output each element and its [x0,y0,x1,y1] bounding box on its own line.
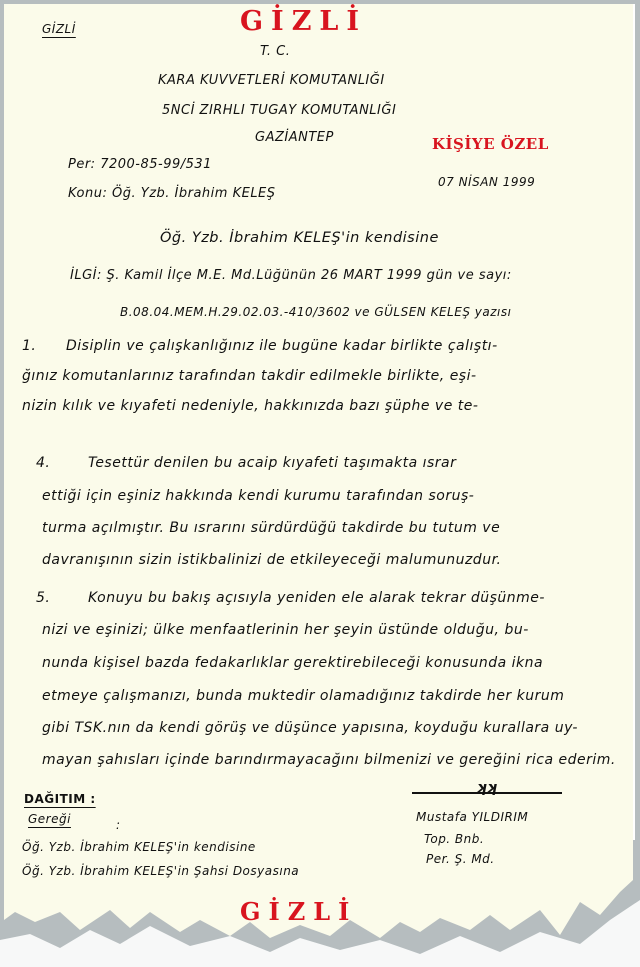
signatory-position: Per. Ş. Md. [426,852,495,866]
paragraph-1-line: nizin kılık ve kıyafeti nedeniyle, hakkı… [22,398,478,414]
paragraph-5-number: 5. [36,590,50,606]
personal-stamp: KİŞİYE ÖZEL [432,135,549,153]
classification-stamp-top: GİZLİ [240,6,367,37]
recipient-line: Öğ. Yzb. İbrahim KELEŞ'in kendisine [160,230,439,246]
reference-line-1: İLGİ: Ş. Kamil İlçe M.E. Md.Lüğünün 26 M… [70,268,512,283]
paragraph-1-line: ğınız komutanlarınız tarafından takdir e… [22,368,477,384]
paragraph-5-line: etmeye çalışmanızı, bunda muktedir olama… [42,688,564,704]
city: GAZİANTEP [255,130,334,145]
classification-stamp-bottom: GİZLİ [240,897,357,926]
classification-handwritten: GİZLİ [42,22,76,36]
paragraph-5-line: gibi TSK.nın da kendi görüş ve düşünce y… [42,720,578,736]
paragraph-4-line: turma açılmıştır. Bu ısrarını sürdürdüğü… [42,520,500,536]
signatory-rank: Top. Bnb. [424,832,484,846]
distribution-item: Öğ. Yzb. İbrahim KELEŞ'in kendisine [22,840,256,854]
state-abbr: T. C. [260,44,290,59]
subject-line: Konu: Öğ. Yzb. İbrahim KELEŞ [68,186,276,201]
paragraph-4-line: davranışının sizin istikbalinizi de etki… [42,552,501,568]
paragraph-1-number: 1. [22,338,36,354]
signatory-name: Mustafa YILDIRIM [416,810,528,824]
reference-line-2: B.08.04.MEM.H.29.02.03.-410/3602 ve GÜLS… [120,305,511,319]
reference-number: Per: 7200-85-99/531 [68,157,212,172]
paragraph-5-line: nunda kişisel bazda fedakarlıklar gerekt… [42,655,543,671]
paragraph-4-number: 4. [36,455,50,471]
distribution-item: Öğ. Yzb. İbrahim KELEŞ'in Şahsi Dosyasın… [22,864,299,878]
org-line-2: 5NCİ ZIRHLI TUGAY KOMUTANLIĞI [162,103,396,118]
org-line-1: KARA KUVVETLERİ KOMUTANLIĞI [158,73,385,88]
document-date: 07 NİSAN 1999 [438,175,535,189]
paragraph-5-line: Konuyu bu bakış açısıyla yeniden ele ala… [88,590,545,606]
paragraph-4-line: Tesettür denilen bu acaip kıyafeti taşım… [88,455,456,471]
distribution-action-colon: : [116,818,121,832]
paragraph-4-line: ettiği için eşiniz hakkında kendi kurumu… [42,488,474,504]
distribution-title: DAĞITIM : [24,792,96,806]
paragraph-5-line: nizi ve eşinizi; ülke menfaatlerinin her… [42,622,529,638]
paragraph-5-line: mayan şahısları içinde barındırmayacağın… [42,752,616,768]
signature-line [412,792,562,794]
paragraph-1-line: Disiplin ve çalışkanlığınız ile bugüne k… [66,338,498,354]
distribution-action-label: Gereği [28,812,71,826]
